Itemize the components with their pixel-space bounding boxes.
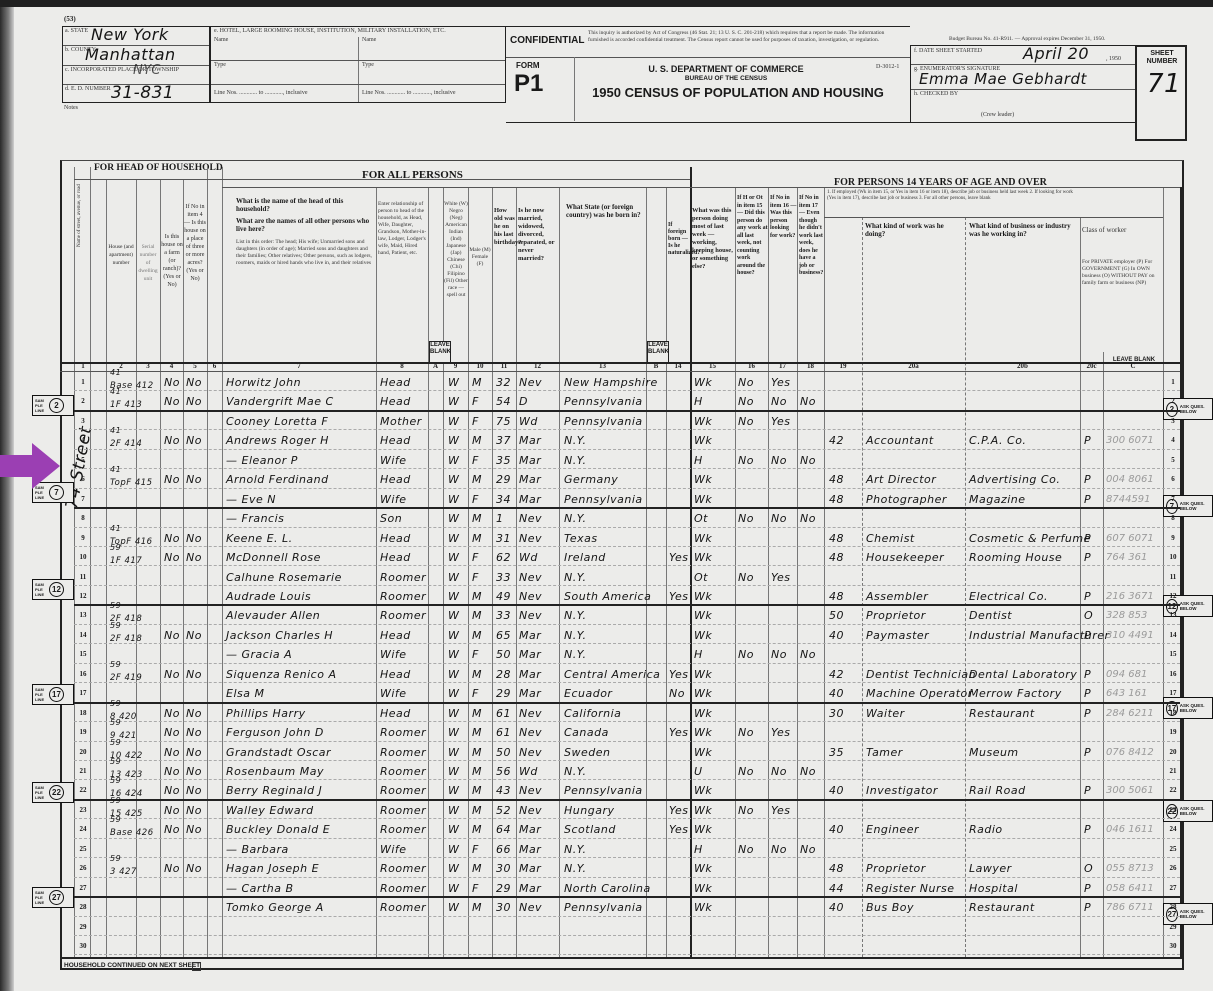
- line-number: 23: [76, 806, 90, 814]
- cell-activity: Wk: [694, 722, 712, 741]
- cell-industry: Cosmetic & Perfume: [969, 528, 1091, 547]
- line-number: 17: [76, 689, 90, 697]
- cell-sex: M: [472, 800, 482, 819]
- line-number: 13: [76, 611, 90, 619]
- cell-activity: Wk: [694, 703, 712, 722]
- cell-age: 50: [496, 742, 511, 761]
- cell-code: 764 361: [1106, 547, 1147, 566]
- cell-acres: No: [186, 858, 202, 877]
- cell-industry: C.P.A. Co.: [969, 430, 1026, 449]
- cell-nat: Yes: [669, 664, 689, 683]
- cell-sex: M: [472, 625, 482, 644]
- line-number-right: 7: [1166, 495, 1180, 503]
- cell-sex: M: [472, 528, 482, 547]
- cell-rel: Wife: [380, 839, 407, 858]
- colnum-16: 16: [735, 362, 768, 370]
- cell-hours: 48: [829, 469, 844, 488]
- cell-activity: Wk: [694, 800, 712, 819]
- col5-header: If No in item 4 — Is this house on a pla…: [184, 203, 206, 283]
- cell-industry: Radio: [969, 819, 1003, 838]
- occupation-question: What kind of work was he doing?: [865, 222, 963, 238]
- cell-birthplace: California: [564, 703, 621, 722]
- date-suffix: , 1950: [1106, 56, 1121, 63]
- cell-occupation: Proprietor: [866, 605, 926, 624]
- cell-farm: No: [164, 547, 180, 566]
- line-number-right: 20: [1166, 748, 1180, 756]
- table-row: 9941TopF 416NoNoKeene E. L.HeadWM31NevTe…: [14, 528, 1213, 547]
- cell-rel: Roomer: [380, 780, 426, 799]
- cell-rel: Roomer: [380, 819, 426, 838]
- cell-farm: No: [164, 625, 180, 644]
- cell-acres: No: [186, 819, 202, 838]
- cell-race: W: [448, 858, 459, 877]
- form-id: P1: [514, 70, 543, 98]
- cell-looking: No: [771, 761, 787, 780]
- cell-occupation: Photographer: [866, 489, 947, 508]
- birthplace-question: What State (or foreign country) was he b…: [566, 203, 644, 219]
- line-number: 2: [76, 397, 90, 405]
- cell-birthplace: Pennsylvania: [564, 411, 643, 430]
- cell-race: W: [448, 761, 459, 780]
- cell-race: W: [448, 722, 459, 741]
- enumerator-signature: Emma Mae Gebhardt: [919, 70, 1087, 88]
- table-row: 2828Tomko George ARoomerWM30NevPennsylva…: [14, 897, 1213, 916]
- cell-name: Arnold Ferdinand: [226, 469, 329, 488]
- line-number: 26: [76, 864, 90, 872]
- cell-class: P: [1084, 819, 1091, 838]
- cell-work: No: [738, 800, 754, 819]
- colnum-19: 19: [824, 362, 862, 370]
- cell-sex: F: [472, 644, 479, 663]
- cell-birthplace: N.Y.: [564, 761, 587, 780]
- cell-sex: F: [472, 878, 479, 897]
- cell-marital: Nev: [519, 586, 542, 605]
- date-value: April 20: [1023, 44, 1089, 63]
- cell-rel: Head: [380, 430, 411, 449]
- cell-acres: No: [186, 391, 202, 410]
- cell-work: No: [738, 372, 754, 391]
- cell-sex: M: [472, 605, 482, 624]
- cell-work: No: [738, 508, 754, 527]
- cell-acres: No: [186, 528, 202, 547]
- cell-race: W: [448, 839, 459, 858]
- cell-occupation: Art Director: [866, 469, 936, 488]
- cell-name: Calhune Rosemarie: [226, 567, 342, 586]
- line-number: 19: [76, 728, 90, 736]
- line-number-right: 13: [1166, 611, 1180, 619]
- cell-occupation: Register Nurse: [866, 878, 955, 897]
- institution-block: e. HOTEL, LARGE ROOMING HOUSE, INSTITUTI…: [210, 26, 506, 103]
- cell-looking: Yes: [771, 722, 791, 741]
- cell-race: W: [448, 625, 459, 644]
- checked-by-label: h. CHECKED BY: [914, 91, 958, 98]
- sex-question: Male (M) Female (F): [469, 247, 491, 268]
- naturalized-question: If foreign born — Is he naturalized?: [668, 222, 690, 257]
- cell-rel: Roomer: [380, 761, 426, 780]
- cell-hours: 50: [829, 605, 844, 624]
- cell-acres: No: [186, 469, 202, 488]
- colnum-18: 18: [797, 362, 824, 370]
- cell-code: 328 853: [1106, 605, 1147, 624]
- line-number-right: 23: [1166, 806, 1180, 814]
- cell-hours: 40: [829, 819, 844, 838]
- cell-farm: No: [164, 391, 180, 410]
- table-row: 2929: [14, 917, 1213, 936]
- job-question: If No in item 17 — Even though he didn't…: [799, 195, 824, 278]
- cell-acres: No: [186, 372, 202, 391]
- cell-rel: Head: [380, 391, 411, 410]
- cell-marital: Mar: [519, 625, 541, 644]
- cell-industry: Magazine: [969, 489, 1026, 508]
- line-number-right: 30: [1166, 942, 1180, 950]
- line-number-right: 9: [1166, 534, 1180, 542]
- colnum-11: 11: [492, 362, 516, 370]
- cell-activity: Wk: [694, 489, 712, 508]
- cell-name: Jackson Charles H: [226, 625, 333, 644]
- cell-marital: Nev: [519, 722, 542, 741]
- cell-rel: Roomer: [380, 605, 426, 624]
- cell-hours: 35: [829, 742, 844, 761]
- table-row: 1414592F 418NoNoJackson Charles HHeadWM6…: [14, 625, 1213, 644]
- line-number-right: 29: [1166, 923, 1180, 931]
- cell-work: No: [738, 391, 754, 410]
- cell-acres: No: [186, 761, 202, 780]
- colnum-12: 12: [516, 362, 559, 370]
- cell-looking: No: [771, 839, 787, 858]
- cell-race: W: [448, 430, 459, 449]
- cell-job: No: [800, 391, 816, 410]
- line-number: 8: [76, 514, 90, 522]
- cell-activity: Wk: [694, 897, 712, 916]
- cell-occupation: Investigator: [866, 780, 938, 799]
- household-continued-checkbox[interactable]: [192, 962, 201, 971]
- colnum-c: C: [1103, 362, 1163, 370]
- cell-class: P: [1084, 780, 1091, 799]
- cell-industry: Hospital: [969, 878, 1018, 897]
- table-row: 33Cooney Loretta FMotherWF75WdPennsylvan…: [14, 411, 1213, 430]
- cell-acres: No: [186, 625, 202, 644]
- cell-age: 35: [496, 450, 511, 469]
- cell-activity: H: [694, 391, 703, 410]
- cell-race: W: [448, 664, 459, 683]
- table-row: 22225916 424NoNoBerry Reginald JRoomerWM…: [14, 780, 1213, 799]
- cell-age: 29: [496, 683, 511, 702]
- cell-name: Elsa M: [226, 683, 264, 702]
- race-question: White (W) Negro (Neg) American Indian (I…: [444, 201, 468, 299]
- cell-age: 37: [496, 430, 511, 449]
- cell-race: W: [448, 780, 459, 799]
- cell-marital: Nev: [519, 897, 542, 916]
- cell-hours: 48: [829, 528, 844, 547]
- table-row: 44412F 414NoNoAndrews Roger HHeadWM37Mar…: [14, 430, 1213, 449]
- cell-work: No: [738, 839, 754, 858]
- cell-activity: Wk: [694, 372, 712, 391]
- cell-birthplace: N.Y.: [564, 839, 587, 858]
- cell-acres: No: [186, 742, 202, 761]
- cell-hours: 48: [829, 586, 844, 605]
- institution-lines-label-2: Line Nos. ............ to ............, …: [362, 90, 456, 97]
- confidential-text: This inquiry is authorized by Act of Con…: [588, 30, 906, 43]
- cell-name: — Barbara: [226, 839, 289, 858]
- cell-rel: Roomer: [380, 722, 426, 741]
- cell-sex: M: [472, 469, 482, 488]
- cell-marital: Nev: [519, 372, 542, 391]
- cell-occupation: Dentist Technician: [866, 664, 976, 683]
- cell-acres: No: [186, 800, 202, 819]
- cell-age: 29: [496, 469, 511, 488]
- cell-sex: M: [472, 858, 482, 877]
- cell-age: 30: [496, 858, 511, 877]
- table-row: 1515— Gracia AWifeWF50MarN.Y.HNoNoNo: [14, 644, 1213, 663]
- ed-value: 31-831: [111, 83, 174, 103]
- table-row: 1717Elsa MWifeWF29MarEcuadorNoWk40Machin…: [14, 683, 1213, 702]
- cell-race: W: [448, 508, 459, 527]
- cell-activity: Ot: [694, 567, 708, 586]
- line-number: 6: [76, 475, 90, 483]
- table-row: 21215913 423NoNoRosenbaum MayRoomerWM56W…: [14, 761, 1213, 780]
- cell-sex: M: [472, 819, 482, 838]
- cell-marital: Mar: [519, 683, 541, 702]
- cell-marital: Nev: [519, 508, 542, 527]
- cell-job: No: [800, 644, 816, 663]
- line-number: 18: [76, 709, 90, 717]
- cell-hours: 40: [829, 780, 844, 799]
- cell-code: 058 6411: [1106, 878, 1154, 897]
- line-number-right: 19: [1166, 728, 1180, 736]
- cell-sex: F: [472, 567, 479, 586]
- confidential-label: CONFIDENTIAL: [510, 35, 584, 46]
- notes-label: Notes: [64, 105, 78, 112]
- cell-activity: Wk: [694, 819, 712, 838]
- cell-birthplace: Hungary: [564, 800, 614, 819]
- cell-code: 046 1611: [1106, 819, 1154, 838]
- county-value: Manhattan: [85, 45, 176, 64]
- cell-sex: M: [472, 722, 482, 741]
- cell-occupation: Proprietor: [866, 858, 926, 877]
- cell-birthplace: North Carolina: [564, 878, 651, 897]
- date-label: f. DATE SHEET STARTED: [914, 48, 982, 55]
- age-question: How old was he on his last birthday?: [494, 207, 516, 247]
- line-number-right: 17: [1166, 689, 1180, 697]
- line-number: 16: [76, 670, 90, 678]
- cell-code: 643 161: [1106, 683, 1147, 702]
- cell-class: P: [1084, 625, 1091, 644]
- line-number-right: 3: [1166, 417, 1180, 425]
- institution-name-label: Name: [214, 37, 228, 44]
- cell-code: 300 6071: [1106, 430, 1154, 449]
- colnum-15: 15: [690, 362, 735, 370]
- cell-race: W: [448, 411, 459, 430]
- cell-marital: Nev: [519, 703, 542, 722]
- sheet-number-value: 71: [1147, 69, 1181, 99]
- cell-age: 31: [496, 528, 511, 547]
- cell-birthplace: Sweden: [564, 742, 610, 761]
- cell-activity: Wk: [694, 605, 712, 624]
- colnum-9: 9: [443, 362, 468, 370]
- cell-occupation: Paymaster: [866, 625, 929, 644]
- cell-rel: Wife: [380, 450, 407, 469]
- cell-activity: Wk: [694, 780, 712, 799]
- cell-hours: 48: [829, 489, 844, 508]
- place-value: NYC: [133, 63, 161, 78]
- cell-farm: No: [164, 858, 180, 877]
- cell-code: 076 8412: [1106, 742, 1154, 761]
- cell-race: W: [448, 683, 459, 702]
- colnum-3: 3: [136, 362, 160, 370]
- cell-race: W: [448, 878, 459, 897]
- cell-rel: Son: [380, 508, 402, 527]
- cell-name: — Eve N: [226, 489, 276, 508]
- household-continued-label: HOUSEHOLD CONTINUED ON NEXT SHEET: [64, 962, 200, 969]
- form-code: D-3012-1: [876, 64, 899, 71]
- cell-sex: M: [472, 430, 482, 449]
- cell-name: Tomko George A: [226, 897, 324, 916]
- line-number-right: 28: [1166, 903, 1180, 911]
- line-number: 22: [76, 786, 90, 794]
- colnum-10: 10: [468, 362, 492, 370]
- colnum-17: 17: [768, 362, 797, 370]
- cell-race: W: [448, 800, 459, 819]
- cell-farm: No: [164, 780, 180, 799]
- location-block: a. STATE New York b. COUNTY Manhattan c.…: [62, 26, 210, 103]
- cell-looking: Yes: [771, 411, 791, 430]
- cell-hours: 44: [829, 878, 844, 897]
- cell-marital: Wd: [519, 411, 538, 430]
- cell-work: No: [738, 722, 754, 741]
- cell-nat: No: [669, 683, 685, 702]
- line-number: 12: [76, 592, 90, 600]
- cell-industry: Restaurant: [969, 897, 1035, 916]
- cell-industry: Restaurant: [969, 703, 1035, 722]
- table-row: 3030: [14, 936, 1213, 955]
- cell-work: No: [738, 644, 754, 663]
- cell-birthplace: Texas: [564, 528, 598, 547]
- table-row: 20205910 422NoNoGrandstadt OscarRoomerWM…: [14, 742, 1213, 761]
- cell-race: W: [448, 605, 459, 624]
- line-number-right: 6: [1166, 475, 1180, 483]
- institution-name-label-2: Name: [362, 37, 376, 44]
- cell-looking: No: [771, 644, 787, 663]
- bureau: BUREAU OF THE CENSUS: [616, 75, 836, 82]
- cell-industry: Rooming House: [969, 547, 1062, 566]
- cell-rel: Roomer: [380, 897, 426, 916]
- line-number: 27: [76, 884, 90, 892]
- cell-rel: Head: [380, 625, 411, 644]
- leave-blank-b: LEAVE BLANK: [647, 341, 669, 363]
- occupation-instructions: 1. If employed (Wk in item 15, or Yes in…: [827, 190, 1077, 202]
- cell-hours: 40: [829, 897, 844, 916]
- col4-header: Is this house on a farm (or ranch)? (Yes…: [161, 233, 183, 289]
- cell-acres: No: [186, 722, 202, 741]
- cell-work: No: [738, 761, 754, 780]
- cell-marital: Nev: [519, 605, 542, 624]
- cell-acres: No: [186, 547, 202, 566]
- cell-name: Hagan Joseph E: [226, 858, 319, 877]
- form-label: FORM: [516, 61, 540, 70]
- cell-race: W: [448, 703, 459, 722]
- cell-looking: Yes: [771, 567, 791, 586]
- cell-industry: Electrical Co.: [969, 586, 1048, 605]
- cell-activity: H: [694, 644, 703, 663]
- cell-race: W: [448, 489, 459, 508]
- cell-acres: No: [186, 664, 202, 683]
- cell-birthplace: N.Y.: [564, 858, 587, 877]
- cell-nat: Yes: [669, 586, 689, 605]
- leave-blank-a: LEAVE BLANK: [429, 341, 451, 363]
- name-list-order: List in this order: The head; His wife; …: [236, 239, 374, 267]
- cell-occupation: Waiter: [866, 703, 905, 722]
- cell-race: W: [448, 897, 459, 916]
- cell-marital: Nev: [519, 800, 542, 819]
- cell-hours: 40: [829, 625, 844, 644]
- cell-farm: No: [164, 703, 180, 722]
- cell-activity: Wk: [694, 878, 712, 897]
- cell-rel: Wife: [380, 683, 407, 702]
- cell-marital: Wd: [519, 547, 538, 566]
- table-row: 1010591F 417NoNoMcDonnell RoseHeadWF62Wd…: [14, 547, 1213, 566]
- col3-header: Serial number of dwelling unit: [137, 243, 159, 283]
- line-number-right: 16: [1166, 670, 1180, 678]
- cell-birthplace: N.Y.: [564, 605, 587, 624]
- table-row: 1919599 421NoNoFerguson John DRoomerWM61…: [14, 722, 1213, 741]
- cell-age: 29: [496, 878, 511, 897]
- cell-activity: Wk: [694, 547, 712, 566]
- cell-birthplace: Pennsylvania: [564, 780, 643, 799]
- cell-work: No: [738, 450, 754, 469]
- cell-sex: F: [472, 391, 479, 410]
- cell-marital: Mar: [519, 878, 541, 897]
- cell-hours: 48: [829, 858, 844, 877]
- cell-birthplace: N.Y.: [564, 625, 587, 644]
- line-number-right: 18: [1166, 709, 1180, 717]
- cell-name: Grandstadt Oscar: [226, 742, 331, 761]
- cell-marital: Mar: [519, 858, 541, 877]
- cell-age: 54: [496, 391, 511, 410]
- cell-class: P: [1084, 683, 1091, 702]
- cell-class: P: [1084, 586, 1091, 605]
- cell-farm: No: [164, 430, 180, 449]
- line-number-right: 15: [1166, 650, 1180, 658]
- cell-occupation: Bus Boy: [866, 897, 914, 916]
- line-number-right: 27: [1166, 884, 1180, 892]
- table-row: 242459Base 426NoNoBuckley Donald ERoomer…: [14, 819, 1213, 838]
- cell-activity: Wk: [694, 683, 712, 702]
- cell-name: Audrade Louis: [226, 586, 311, 605]
- cell-looking: No: [771, 391, 787, 410]
- cell-activity: Wk: [694, 469, 712, 488]
- cell-sex: M: [472, 508, 482, 527]
- cell-marital: Nev: [519, 780, 542, 799]
- cell-race: W: [448, 567, 459, 586]
- cell-farm: No: [164, 761, 180, 780]
- form-title: 1950 CENSUS OF POPULATION AND HOUSING: [588, 85, 888, 100]
- cell-marital: Wd: [519, 761, 538, 780]
- cell-code: 786 6711: [1106, 897, 1154, 916]
- cell-hours: 42: [829, 664, 844, 683]
- table-row: 1111Calhune RosemarieRoomerWF33NevN.Y.Ot…: [14, 567, 1213, 586]
- cell-rel: Roomer: [380, 742, 426, 761]
- cell-activity: Wk: [694, 664, 712, 683]
- cell-marital: D: [519, 391, 528, 410]
- cell-activity: Wk: [694, 858, 712, 877]
- cell-class: P: [1084, 897, 1091, 916]
- colnum-20b: 20b: [965, 362, 1080, 370]
- cell-hours: 30: [829, 703, 844, 722]
- cell-age: 49: [496, 586, 511, 605]
- line-number: 24: [76, 825, 90, 833]
- cell-acres: No: [186, 780, 202, 799]
- cell-rel: Roomer: [380, 567, 426, 586]
